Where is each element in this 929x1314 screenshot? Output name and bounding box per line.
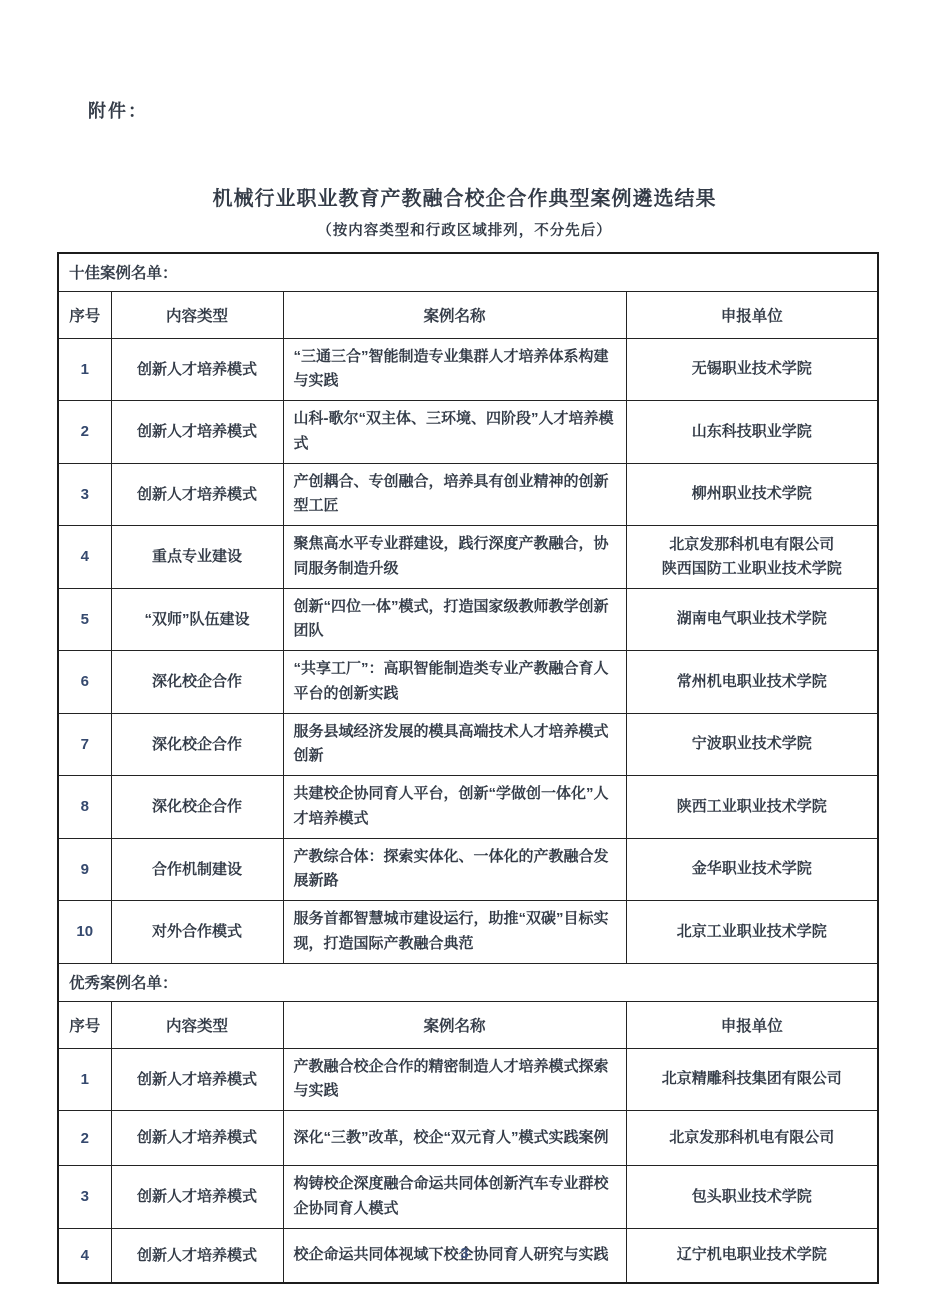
column-header: 申报单位: [626, 1001, 878, 1048]
cell-applicant-unit: 北京工业职业技术学院: [626, 901, 878, 964]
table-row: 7深化校企合作服务县域经济发展的模具高端技术人才培养模式创新宁波职业技术学院: [58, 713, 878, 776]
table-row: 1创新人才培养模式产教融合校企合作的精密制造人才培养模式探索与实践北京精雕科技集…: [58, 1048, 878, 1111]
attachment-label: 附件：: [88, 97, 148, 123]
cell-case-name: 深化“三教”改革，校企“双元育人”模式实践案例: [283, 1111, 626, 1166]
cell-content-type: 创新人才培养模式: [111, 401, 283, 464]
table-row: 4重点专业建设聚焦高水平专业群建设，践行深度产教融合，协同服务制造升级北京发那科…: [58, 526, 878, 589]
cell-applicant-unit: 北京精雕科技集团有限公司: [626, 1048, 878, 1111]
column-header: 内容类型: [111, 291, 283, 338]
cell-case-name: 构铸校企深度融合命运共同体创新汽车专业群校企协同育人模式: [283, 1166, 626, 1229]
section-title-row: 优秀案例名单：: [58, 963, 878, 1001]
column-header: 序号: [58, 1001, 111, 1048]
cell-applicant-unit: 常州机电职业技术学院: [626, 651, 878, 714]
cell-sequence-number: 4: [58, 526, 111, 589]
cell-applicant-unit: 宁波职业技术学院: [626, 713, 878, 776]
cell-case-name: 山科-歌尔“双主体、三环境、四阶段”人才培养模式: [283, 401, 626, 464]
cell-sequence-number: 1: [58, 338, 111, 401]
cell-sequence-number: 9: [58, 838, 111, 901]
cell-case-name: 产创耦合、专创融合，培养具有创业精神的创新型工匠: [283, 463, 626, 526]
column-header: 序号: [58, 291, 111, 338]
cell-applicant-unit: 陕西工业职业技术学院: [626, 776, 878, 839]
cell-case-name: 服务首都智慧城市建设运行，助推“双碳”目标实现，打造国际产教融合典范: [283, 901, 626, 964]
page-subtitle: （按内容类型和行政区域排列，不分先后）: [0, 219, 929, 240]
table-row: 8深化校企合作共建校企协同育人平台，创新“学做创一体化”人才培养模式陕西工业职业…: [58, 776, 878, 839]
page-title: 机械行业职业教育产教融合校企合作典型案例遴选结果: [0, 182, 929, 211]
column-header: 内容类型: [111, 1001, 283, 1048]
cell-sequence-number: 6: [58, 651, 111, 714]
page-number: 3: [0, 1245, 929, 1262]
section-title: 优秀案例名单：: [58, 963, 878, 1001]
cell-sequence-number: 7: [58, 713, 111, 776]
table-row: 10对外合作模式服务首都智慧城市建设运行，助推“双碳”目标实现，打造国际产教融合…: [58, 901, 878, 964]
table-row: 2创新人才培养模式山科-歌尔“双主体、三环境、四阶段”人才培养模式山东科技职业学…: [58, 401, 878, 464]
cell-content-type: “双师”队伍建设: [111, 588, 283, 651]
cell-case-name: 服务县域经济发展的模具高端技术人才培养模式创新: [283, 713, 626, 776]
column-header: 案例名称: [283, 1001, 626, 1048]
results-table-body: 十佳案例名单：序号内容类型案例名称申报单位1创新人才培养模式“三通三合”智能制造…: [58, 253, 878, 1283]
cell-content-type: 创新人才培养模式: [111, 1048, 283, 1111]
column-header: 申报单位: [626, 291, 878, 338]
cell-sequence-number: 3: [58, 1166, 111, 1229]
cell-content-type: 合作机制建设: [111, 838, 283, 901]
cell-sequence-number: 3: [58, 463, 111, 526]
cell-content-type: 深化校企合作: [111, 651, 283, 714]
cell-applicant-unit: 湖南电气职业技术学院: [626, 588, 878, 651]
cell-content-type: 重点专业建设: [111, 526, 283, 589]
cell-case-name: 创新“四位一体”模式，打造国家级教师教学创新团队: [283, 588, 626, 651]
column-header-row: 序号内容类型案例名称申报单位: [58, 291, 878, 338]
document-page: 附件： 机械行业职业教育产教融合校企合作典型案例遴选结果 （按内容类型和行政区域…: [0, 0, 929, 1314]
cell-applicant-unit: 北京发那科机电有限公司 陕西国防工业职业技术学院: [626, 526, 878, 589]
table-row: 9合作机制建设产教综合体：探索实体化、一体化的产教融合发展新路金华职业技术学院: [58, 838, 878, 901]
cell-sequence-number: 10: [58, 901, 111, 964]
table-row: 5“双师”队伍建设创新“四位一体”模式，打造国家级教师教学创新团队湖南电气职业技…: [58, 588, 878, 651]
cell-content-type: 对外合作模式: [111, 901, 283, 964]
cell-case-name: “共享工厂”：高职智能制造类专业产教融合育人平台的创新实践: [283, 651, 626, 714]
cell-content-type: 创新人才培养模式: [111, 338, 283, 401]
cell-case-name: 产教综合体：探索实体化、一体化的产教融合发展新路: [283, 838, 626, 901]
table-row: 6深化校企合作“共享工厂”：高职智能制造类专业产教融合育人平台的创新实践常州机电…: [58, 651, 878, 714]
cell-applicant-unit: 金华职业技术学院: [626, 838, 878, 901]
cell-applicant-unit: 柳州职业技术学院: [626, 463, 878, 526]
cell-content-type: 深化校企合作: [111, 776, 283, 839]
table-row: 1创新人才培养模式“三通三合”智能制造专业集群人才培养体系构建与实践无锡职业技术…: [58, 338, 878, 401]
cell-sequence-number: 5: [58, 588, 111, 651]
table-row: 2创新人才培养模式深化“三教”改革，校企“双元育人”模式实践案例北京发那科机电有…: [58, 1111, 878, 1166]
column-header: 案例名称: [283, 291, 626, 338]
results-table: 十佳案例名单：序号内容类型案例名称申报单位1创新人才培养模式“三通三合”智能制造…: [57, 252, 879, 1284]
section-title: 十佳案例名单：: [58, 253, 878, 291]
column-header-row: 序号内容类型案例名称申报单位: [58, 1001, 878, 1048]
cell-sequence-number: 2: [58, 401, 111, 464]
cell-applicant-unit: 包头职业技术学院: [626, 1166, 878, 1229]
cell-applicant-unit: 无锡职业技术学院: [626, 338, 878, 401]
cell-applicant-unit: 山东科技职业学院: [626, 401, 878, 464]
cell-case-name: 聚焦高水平专业群建设，践行深度产教融合，协同服务制造升级: [283, 526, 626, 589]
cell-case-name: 共建校企协同育人平台，创新“学做创一体化”人才培养模式: [283, 776, 626, 839]
cell-sequence-number: 1: [58, 1048, 111, 1111]
cell-case-name: “三通三合”智能制造专业集群人才培养体系构建与实践: [283, 338, 626, 401]
cell-sequence-number: 2: [58, 1111, 111, 1166]
table-row: 3创新人才培养模式产创耦合、专创融合，培养具有创业精神的创新型工匠柳州职业技术学…: [58, 463, 878, 526]
cell-content-type: 创新人才培养模式: [111, 463, 283, 526]
cell-sequence-number: 8: [58, 776, 111, 839]
cell-applicant-unit: 北京发那科机电有限公司: [626, 1111, 878, 1166]
section-title-row: 十佳案例名单：: [58, 253, 878, 291]
cell-content-type: 创新人才培养模式: [111, 1111, 283, 1166]
cell-content-type: 创新人才培养模式: [111, 1166, 283, 1229]
table-row: 3创新人才培养模式构铸校企深度融合命运共同体创新汽车专业群校企协同育人模式包头职…: [58, 1166, 878, 1229]
cell-content-type: 深化校企合作: [111, 713, 283, 776]
cell-case-name: 产教融合校企合作的精密制造人才培养模式探索与实践: [283, 1048, 626, 1111]
